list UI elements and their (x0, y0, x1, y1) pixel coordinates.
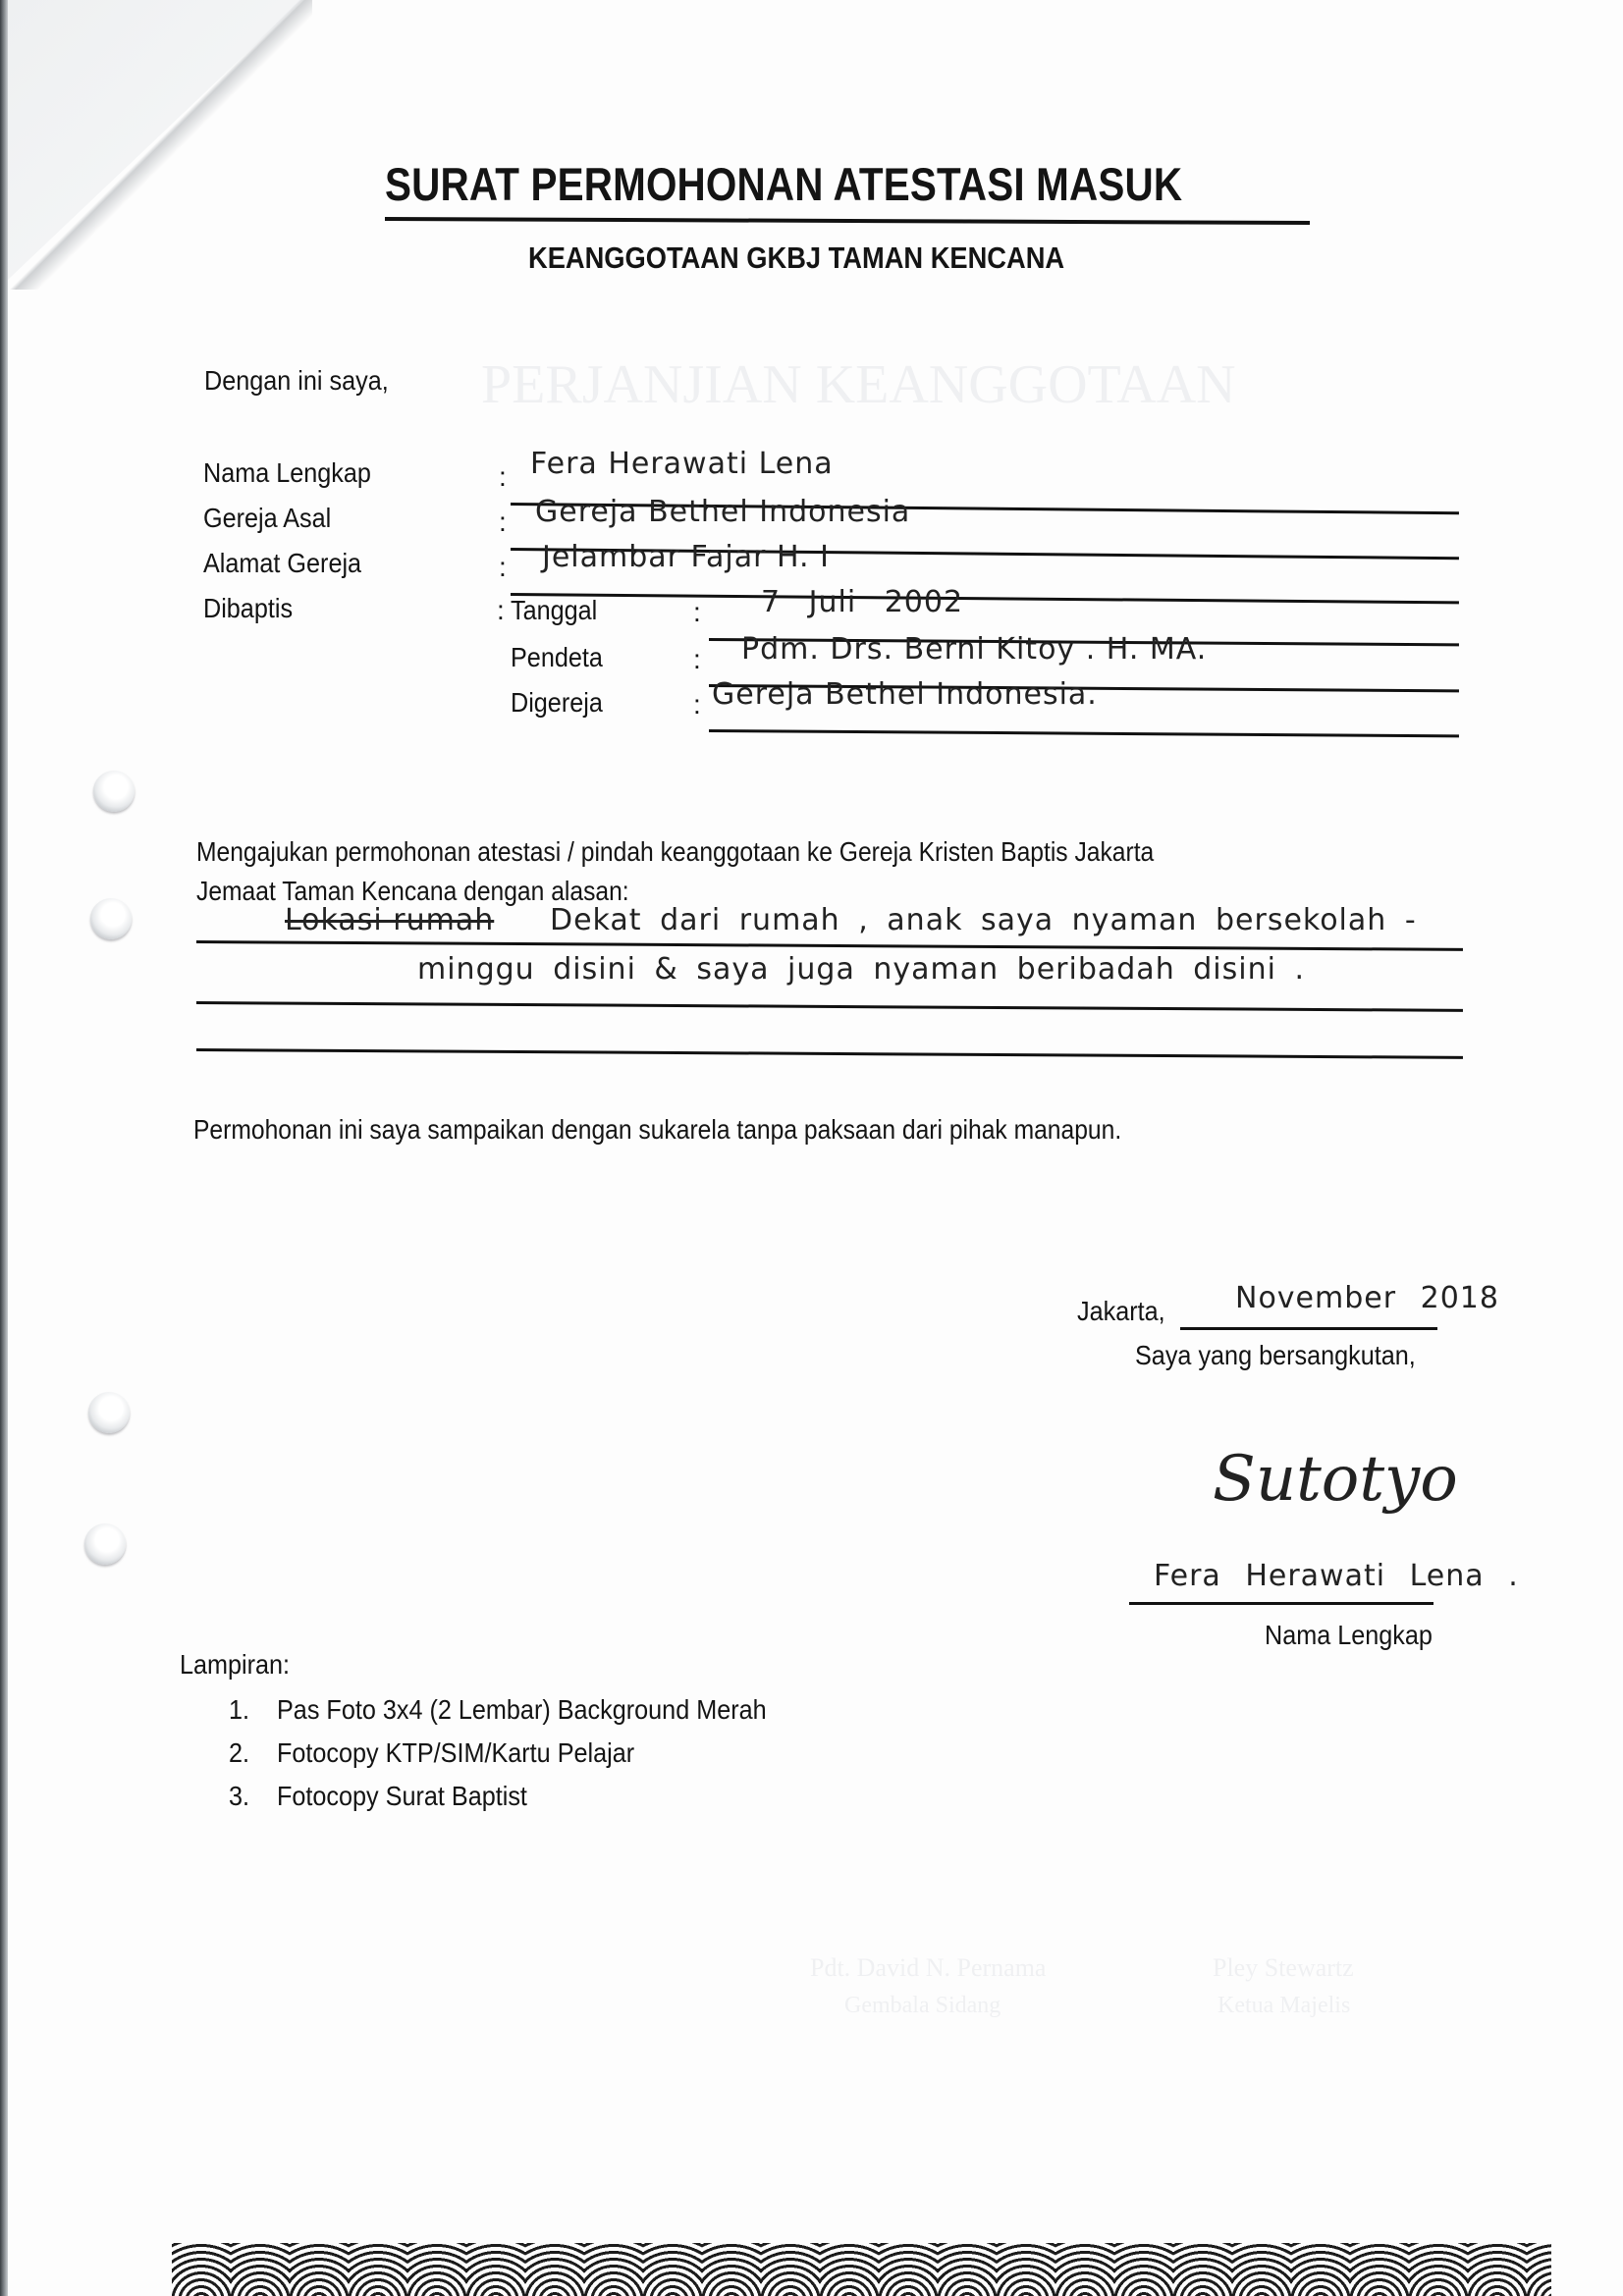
request-line-1: Mengajukan permohonan atestasi / pindah … (196, 836, 1154, 868)
fold-crease (8, 0, 312, 290)
show-through-heading: PERJANJIAN KEANGGOTAAN (481, 353, 1236, 416)
title-underline (385, 217, 1310, 225)
attachment-item: Pas Foto 3x4 (2 Lembar) Background Merah (277, 1694, 767, 1726)
show-through-signature-2: Pley Stewartz (1213, 1953, 1354, 1983)
underline (709, 729, 1459, 737)
attachment-number: 3. (229, 1781, 249, 1812)
signature-underline (1129, 1602, 1434, 1605)
punch-hole (90, 898, 132, 939)
attachments-heading: Lampiran: (180, 1649, 290, 1681)
document-title: SURAT PERMOHONAN ATESTASI MASUK (385, 157, 1182, 211)
closing-text: Saya yang bersangkutan, (1135, 1340, 1416, 1371)
reason-struck-text: Lokasi rumah (285, 903, 494, 937)
field-digereja[interactable]: Gereja Bethel Indonesia. (712, 677, 1098, 712)
colon: : (499, 552, 507, 583)
label-nama-lengkap: Nama Lengkap (203, 457, 371, 489)
signature-mark: Sutotyo (1213, 1443, 1458, 1516)
attachment-item: Fotocopy KTP/SIM/Kartu Pelajar (277, 1737, 634, 1769)
punch-hole (88, 1392, 130, 1433)
document-subtitle: KEANGGOTAAN GKBJ TAMAN KENCANA (528, 240, 1064, 276)
show-through-role-1: Gembala Sidang (844, 1993, 1001, 2019)
field-gereja-asal[interactable]: Gereja Bethel Indonesia (535, 495, 910, 529)
label-dibaptis: Dibaptis (203, 593, 293, 624)
colon: : (693, 689, 701, 721)
underline (511, 593, 1459, 604)
date-underline (1180, 1327, 1437, 1330)
field-pendeta[interactable]: Pdm. Drs. Berni Kitoy . H. MA. (741, 632, 1207, 667)
reason-underline (196, 940, 1463, 951)
reason-line-2[interactable]: minggu disini & saya juga nyaman beribad… (417, 952, 1305, 987)
declaration-text: Permohonan ini saya sampaikan dengan suk… (193, 1114, 1121, 1146)
signed-name: Fera Herawati Lena . (1154, 1559, 1519, 1593)
field-nama-lengkap[interactable]: Fera Herawati Lena (530, 447, 834, 481)
show-through-role-2: Ketua Majelis (1217, 1993, 1350, 2019)
place-label: Jakarta, (1077, 1296, 1165, 1327)
field-alamat-gereja[interactable]: Jelambar Fajar H. I (542, 540, 830, 574)
colon: : (497, 595, 505, 626)
label-gereja-asal: Gereja Asal (203, 503, 331, 534)
punch-hole (93, 771, 135, 812)
reason-line-1[interactable]: Dekat dari rumah , anak saya nyaman bers… (550, 903, 1417, 937)
field-tanggal[interactable]: 7 Juli 2002 (761, 585, 963, 619)
intro-text: Dengan ini saya, (204, 365, 389, 397)
attachment-number: 2. (229, 1737, 249, 1769)
punch-hole (84, 1523, 126, 1565)
colon: : (693, 644, 701, 675)
attachment-number: 1. (229, 1694, 249, 1726)
colon: : (499, 507, 507, 538)
show-through-signature-1: Pdt. David N. Pernama (810, 1953, 1046, 1983)
reason-underline (196, 1048, 1463, 1059)
reason-underline (196, 1001, 1463, 1012)
colon: : (499, 461, 507, 493)
name-caption: Nama Lengkap (1265, 1620, 1433, 1651)
label-pendeta: Pendeta (511, 642, 603, 673)
scanner-edge (0, 0, 8, 2296)
date-field[interactable]: November 2018 (1235, 1281, 1499, 1315)
label-tanggal: Tanggal (511, 595, 597, 626)
decorative-border (172, 2243, 1551, 2296)
attachment-item: Fotocopy Surat Baptist (277, 1781, 527, 1812)
colon: : (693, 597, 701, 628)
label-digereja: Digereja (511, 687, 603, 719)
label-alamat-gereja: Alamat Gereja (203, 548, 361, 579)
